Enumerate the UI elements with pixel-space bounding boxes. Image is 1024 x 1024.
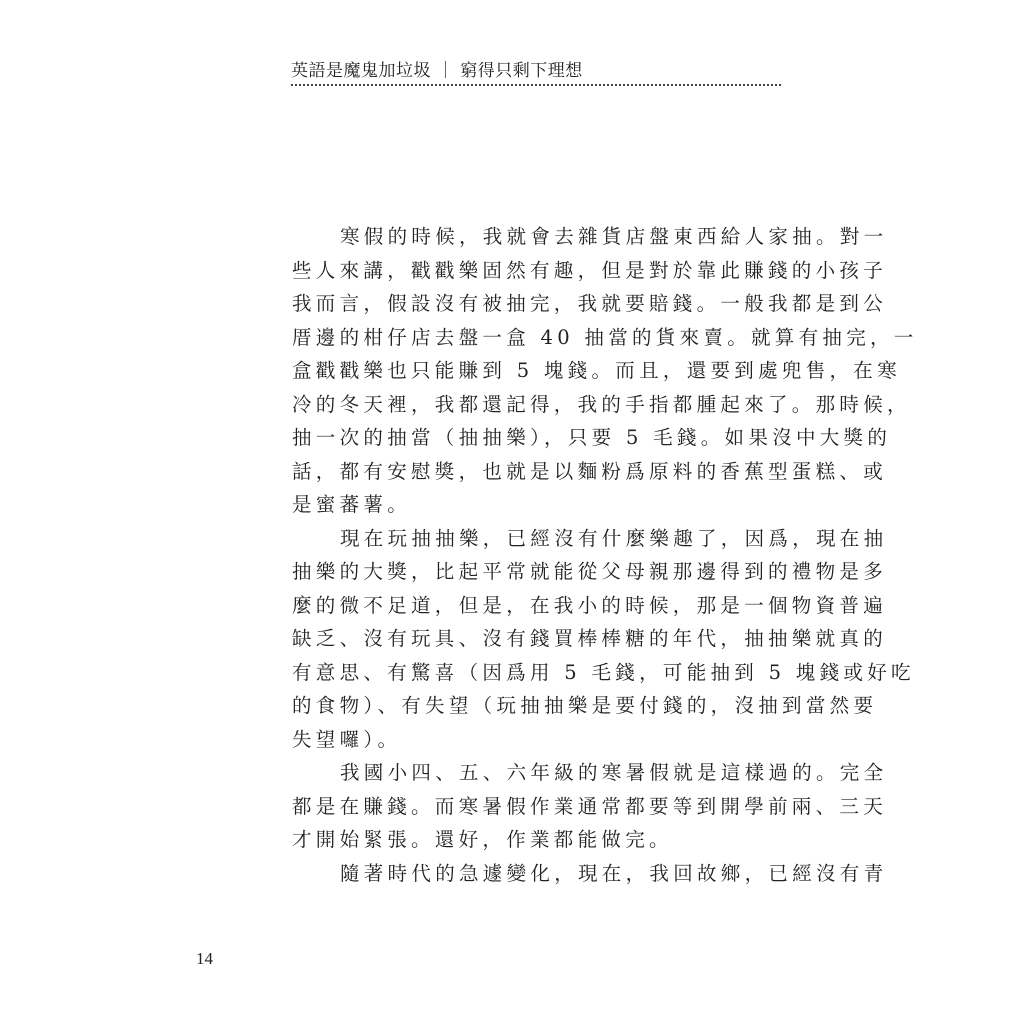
text-line: 才開始緊張。還好，作業都能做完。 — [292, 823, 782, 857]
text-line: 冷的冬天裡，我都還記得，我的手指都腫起來了。那時候， — [292, 388, 782, 422]
text-line: 些人來講，戳戳樂固然有趣，但是對於靠此賺錢的小孩子 — [292, 254, 782, 288]
text-line: 的食物）、有失望（玩抽抽樂是要付錢的，沒抽到當然要 — [292, 689, 782, 723]
text-line: 寒假的時候，我就會去雜貨店盤東西給人家抽。對一 — [292, 220, 782, 254]
paragraph: 隨著時代的急遽變化，現在，我回故鄉，已經沒有青 — [292, 857, 782, 891]
text-line: 抽樂的大獎，比起平常就能從父母親那邊得到的禮物是多 — [292, 555, 782, 589]
text-line: 話，都有安慰獎，也就是以麵粉爲原料的香蕉型蛋糕、或 — [292, 455, 782, 489]
text-line: 是蜜蕃薯。 — [292, 488, 782, 522]
page-number: 14 — [196, 949, 213, 969]
text-line: 麼的微不足道，但是，在我小的時候，那是一個物資普遍 — [292, 589, 782, 623]
paragraph: 寒假的時候，我就會去雜貨店盤東西給人家抽。對一些人來講，戳戳樂固然有趣，但是對於… — [292, 220, 782, 522]
text-line: 我國小四、五、六年級的寒暑假就是這樣過的。完全 — [292, 756, 782, 790]
text-line: 抽一次的抽當（抽抽樂），只要 5 毛錢。如果沒中大獎的 — [292, 421, 782, 455]
text-line: 失望囉）。 — [292, 723, 782, 757]
text-line: 隨著時代的急遽變化，現在，我回故鄉，已經沒有青 — [292, 857, 782, 891]
text-line: 都是在賺錢。而寒暑假作業通常都要等到開學前兩、三天 — [292, 790, 782, 824]
text-line: 我而言，假設沒有被抽完，我就要賠錢。一般我都是到公 — [292, 287, 782, 321]
text-line: 厝邊的柑仔店去盤一盒 40 抽當的貨來賣。就算有抽完，一 — [292, 321, 782, 355]
text-line: 盒戳戳樂也只能賺到 5 塊錢。而且，還要到處兜售，在寒 — [292, 354, 782, 388]
paragraph: 現在玩抽抽樂，已經沒有什麼樂趣了，因爲，現在抽抽樂的大獎，比起平常就能從父母親那… — [292, 522, 782, 757]
text-line: 有意思、有驚喜（因爲用 5 毛錢，可能抽到 5 塊錢或好吃 — [292, 656, 782, 690]
running-header: 英語是魔鬼加垃圾 ｜ 窮得只剩下理想 — [291, 60, 781, 88]
text-line: 現在玩抽抽樂，已經沒有什麼樂趣了，因爲，現在抽 — [292, 522, 782, 556]
running-title: 英語是魔鬼加垃圾 ｜ 窮得只剩下理想 — [291, 60, 781, 82]
paragraph: 我國小四、五、六年級的寒暑假就是這樣過的。完全都是在賺錢。而寒暑假作業通常都要等… — [292, 756, 782, 857]
text-line: 缺乏、沒有玩具、沒有錢買棒棒糖的年代，抽抽樂就真的 — [292, 622, 782, 656]
body-text: 寒假的時候，我就會去雜貨店盤東西給人家抽。對一些人來講，戳戳樂固然有趣，但是對於… — [292, 220, 782, 890]
header-dotted-rule — [291, 84, 781, 86]
